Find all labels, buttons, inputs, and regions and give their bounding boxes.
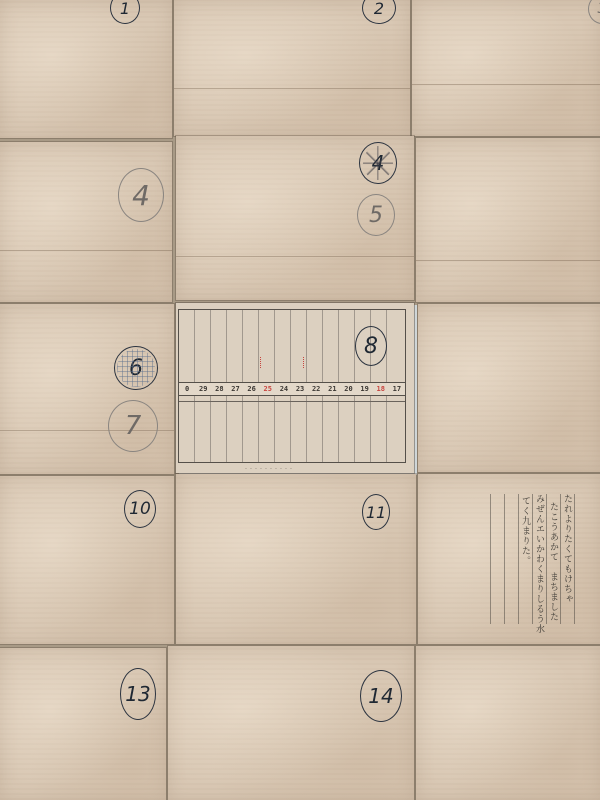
form-frame: 8 0 29 28 27 26 25 24 23 22 21 20 19 18 … bbox=[178, 309, 406, 463]
letter-line-2: たこうあかて まちました bbox=[547, 502, 560, 622]
form-footer-text: ・・・・・・・・・・ bbox=[244, 466, 294, 472]
card-number-13: 13 bbox=[120, 668, 156, 720]
card-11: 11 bbox=[176, 474, 416, 644]
card-14: 14 bbox=[168, 646, 414, 800]
red-dotted-mark bbox=[260, 356, 261, 368]
card-number-4: 4 bbox=[118, 168, 164, 222]
card-2: 2 bbox=[174, 0, 410, 136]
ruler-number-red: 25 bbox=[260, 385, 276, 393]
card-1: 1 bbox=[0, 0, 172, 138]
ruler-number: 27 bbox=[227, 385, 243, 393]
fold-line bbox=[174, 88, 410, 89]
card-number-3: 3 bbox=[588, 0, 600, 24]
ruler-number: 17 bbox=[389, 385, 405, 393]
fold-line bbox=[416, 260, 600, 261]
card-number-14: 14 bbox=[360, 670, 402, 722]
letter-line-4: てく九まりた。 bbox=[519, 496, 532, 566]
card-4: 4 bbox=[0, 142, 172, 302]
calendar-form-card: 8 0 29 28 27 26 25 24 23 22 21 20 19 18 … bbox=[176, 303, 414, 473]
card-6-7: 6 7 bbox=[0, 304, 174, 474]
card-letter: たれよりたくてもけちゃ たこうあかて まちました みぜんエいかわくまりしるう水 … bbox=[418, 474, 600, 644]
ruled-line bbox=[490, 494, 491, 624]
card-row2-right bbox=[416, 138, 600, 302]
card-number-10: 10 bbox=[124, 490, 156, 528]
card-10: 10 bbox=[0, 476, 174, 644]
ruler-number: 29 bbox=[195, 385, 211, 393]
card-13: 13 bbox=[0, 648, 166, 800]
ruler-number: 23 bbox=[292, 385, 308, 393]
card-row5-right bbox=[416, 646, 600, 800]
ruled-line bbox=[574, 494, 575, 624]
card-number-7: 7 bbox=[108, 400, 158, 452]
red-dotted-mark bbox=[303, 356, 304, 368]
ruler-number-red: 18 bbox=[373, 385, 389, 393]
letter-line-3: みぜんエいかわくまりしるう水 bbox=[533, 494, 546, 634]
card-number-2: 2 bbox=[362, 0, 396, 24]
card-number-4-crossed: 4 bbox=[359, 142, 397, 184]
ruler-number: 28 bbox=[211, 385, 227, 393]
card-3: 3 bbox=[412, 0, 600, 136]
date-ruler: 0 29 28 27 26 25 24 23 22 21 20 19 18 17 bbox=[179, 382, 405, 396]
card-number-1: 1 bbox=[110, 0, 140, 24]
fold-line bbox=[176, 256, 414, 257]
ruler-number: 20 bbox=[340, 385, 356, 393]
card-row3-right bbox=[418, 304, 600, 472]
card-number-8: 8 bbox=[355, 326, 387, 366]
ruler-number: 21 bbox=[324, 385, 340, 393]
ruler-number: 19 bbox=[357, 385, 373, 393]
card-number-6: 6 bbox=[114, 346, 158, 390]
ruler-number: 24 bbox=[276, 385, 292, 393]
card-number-11: 11 bbox=[362, 494, 390, 530]
tick-row bbox=[179, 396, 405, 402]
card-number-5: 5 bbox=[357, 194, 395, 236]
fold-line bbox=[0, 250, 172, 251]
ruler-number: 22 bbox=[308, 385, 324, 393]
ruler-number: 0 bbox=[179, 385, 195, 393]
ruled-line bbox=[504, 494, 505, 624]
card-4-5: 4 5 bbox=[176, 136, 414, 300]
ruler-number: 26 bbox=[244, 385, 260, 393]
fold-line bbox=[412, 84, 600, 85]
letter-line-1: たれよりたくてもけちゃ bbox=[561, 494, 574, 604]
